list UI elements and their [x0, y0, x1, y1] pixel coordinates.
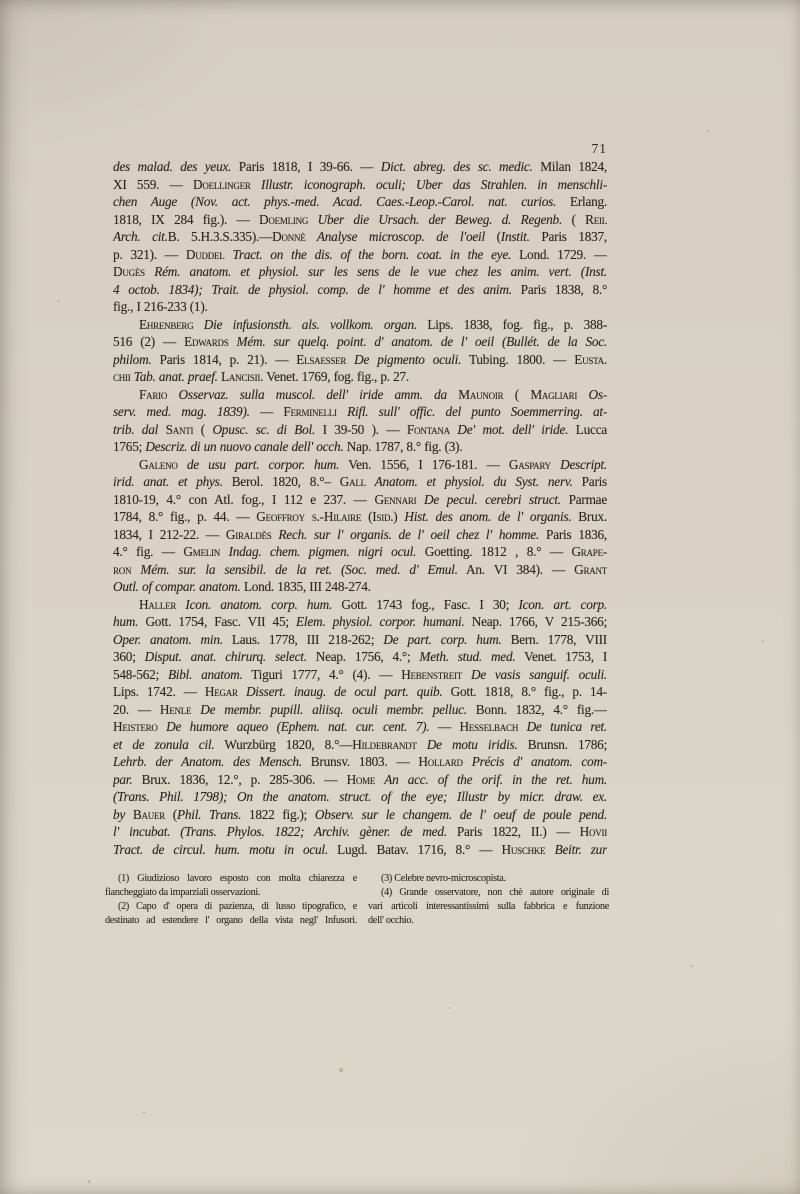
text-line: Lips. 1742. — Hegar Dissert. inaug. de o… — [113, 683, 607, 701]
title-text: Descript. — [551, 457, 607, 472]
author-name: Grant — [574, 562, 607, 577]
plain-text: destinato ad estendere l' organo della v… — [105, 915, 357, 926]
author-name: Ferminelli — [283, 404, 336, 419]
plain-text: Nap. 1787, 8.° fig. (3). — [343, 439, 462, 454]
author-name: Ehrenberg — [139, 317, 193, 332]
text-line: Ehrenberg Die infusionsth. als. vollkom.… — [113, 316, 607, 334]
plain-text: Lugd. Batav. 1716, 8.° — — [328, 842, 502, 857]
title-text: philom. — [113, 352, 152, 367]
title-text: Uber die Ursach. der Beweg. d. Regenb. — [308, 212, 562, 227]
title-text: De humore aqueo (Ephem. nat. cur. cent. … — [158, 719, 430, 734]
plain-text: 1784, 8.° fig., p. 44. — — [113, 509, 256, 524]
title-text: De pigmento oculi. — [346, 352, 461, 367]
author-name: Duddel — [186, 247, 225, 262]
paper-speck — [448, 1007, 450, 1009]
title-text: Anatom. et physiol. du Syst. nerv. — [366, 474, 573, 489]
title-text: Oper. anatom. min. — [113, 632, 223, 647]
plain-text: 516 (2) — — [113, 334, 184, 349]
title-text: Analyse microscop. de l'oeil — [306, 229, 485, 244]
paper-speck — [707, 130, 709, 132]
text-line: (Trans. Phil. 1798); On the anatom. stru… — [113, 788, 607, 806]
plain-text: Neap. 1756, 4.°; — [307, 649, 420, 664]
plain-text: Brunsv. 1803. — — [302, 754, 419, 769]
plain-text: Paris 1814, p. 21). — — [152, 352, 297, 367]
title-text: Descriz. di un nuovo canale dell' occh. — [145, 439, 343, 454]
paper-speck — [58, 300, 60, 302]
text-line: by Bauer (Phil. Trans. 1822 fig.); Obser… — [113, 806, 607, 824]
plain-text: Gott. 1818, 8.° fig., p. 14- — [443, 684, 608, 699]
text-line: 4 octob. 1834); Trait. de physiol. comp.… — [113, 281, 607, 299]
plain-text: Bonn. 1832, 4.° fig.— — [467, 702, 607, 717]
title-text: Os- — [577, 387, 607, 402]
bibliography-text-block: des malad. des yeux. Paris 1818, I 39-66… — [113, 158, 607, 858]
author-name: Giraldès — [226, 527, 272, 542]
plain-text: 360; — [113, 649, 145, 664]
plain-text: Lips. 1742. — — [113, 684, 205, 699]
text-line: fig., I 216-233 (1). — [113, 298, 607, 316]
text-line: et de zonula cil. Wurzbürg 1820, 8.°—Hil… — [113, 736, 607, 754]
plain-text: ( — [562, 212, 585, 227]
plain-text: Laus. 1778, III 218-262; — [223, 632, 384, 647]
text-line: vari articoli interessantissimi sulla fa… — [368, 900, 609, 914]
title-text: Rech. sur l' organis. de l' oeil chez l'… — [271, 527, 539, 542]
title-text: des malad. des yeux. — [113, 159, 231, 174]
text-line: dell' occhio. — [368, 914, 609, 928]
title-text: De membr. pupill. aliisq. oculi membr. p… — [191, 702, 467, 717]
author-name: Doemling — [259, 212, 308, 227]
title-text: De vasis sanguif. oculi. — [462, 667, 607, 682]
title-text: Rém. anatom. et physiol. sur les sens de… — [145, 264, 607, 279]
plain-text: Paris 1837, — [530, 229, 607, 244]
plain-text: Venet. 1769, fog. fig., p. 27. — [263, 369, 409, 384]
plain-text: 1834, I 212-22. — — [113, 527, 226, 542]
title-text: Elem. physiol. corpor. humani. — [296, 614, 465, 629]
paper-speck — [762, 640, 764, 642]
title-text: Phil. Trans. — [177, 807, 241, 822]
plain-text — [125, 807, 133, 822]
author-name: Hegar — [205, 684, 238, 699]
author-name: Henle — [160, 702, 191, 717]
text-line: Oper. anatom. min. Laus. 1778, III 218-2… — [113, 631, 607, 649]
author-name: Hesselbach — [459, 719, 518, 734]
author-name: ron — [113, 562, 131, 577]
author-name: Gmelin — [183, 544, 220, 559]
author-name: Fario — [139, 387, 167, 402]
text-line: Tract. de circul. hum. motu in ocul. Lug… — [113, 841, 607, 859]
author-name: Dugès — [113, 264, 145, 279]
text-line: Galeno de usu part. corpor. hum. Ven. 15… — [113, 456, 607, 474]
title-text: Disput. anat. chirurq. select. — [145, 649, 307, 664]
plain-text: Lucca — [568, 422, 607, 437]
plain-text: Lond. 1729. — — [511, 247, 607, 262]
plain-text: Gott. 1754, Fasc. VII 45; — [138, 614, 296, 629]
plain-text: 1765; — [113, 439, 145, 454]
title-text: Tract. on the dis. of the born. coat. in… — [225, 247, 512, 262]
title-text: Rifl. sull' offic. del punto Soemmerring… — [337, 404, 607, 419]
plain-text: Brux. — [571, 509, 607, 524]
author-name: Eusta. — [574, 352, 607, 367]
title-text: Opusc. sc. di Bol. — [212, 422, 315, 437]
paper-speck — [690, 965, 693, 967]
plain-text: (4) Grande osservatore, non chè autore o… — [381, 887, 609, 898]
title-text: Hist. des anom. de l' organis. — [397, 509, 571, 524]
author-name: chii — [113, 369, 131, 384]
text-line: 1810-19, 4.° con Atl. fog., I 112 e 237.… — [113, 491, 607, 509]
plain-text: Erlang. — [556, 194, 607, 209]
plain-text: Lips. 1838, fog. fig., p. 388- — [417, 317, 607, 332]
plain-text: Brunsn. 1786; — [518, 737, 607, 752]
text-line: 1784, 8.° fig., p. 44. — Geoffroy s.-Hil… — [113, 508, 607, 526]
title-text: Osservaz. sulla muscol. dell' iride amm.… — [167, 387, 447, 402]
plain-text: ( — [193, 422, 212, 437]
plain-text: Lond. 1835, III 248-274. — [241, 579, 371, 594]
author-name: Magliari — [530, 387, 577, 402]
plain-text — [158, 422, 166, 437]
author-name: Reil — [585, 212, 607, 227]
text-line: (2) Capo d' opera di pazienza, di lusso … — [105, 900, 357, 914]
author-name: Huschke — [502, 842, 546, 857]
title-text: Lehrb. der Anatom. des Mensch. — [113, 754, 302, 769]
text-line: 20. — Henle De membr. pupill. aliisq. oc… — [113, 701, 607, 719]
author-name: Geoffroy s.-Hilaire (Isid.) — [256, 509, 397, 524]
text-line: (4) Grande osservatore, non chè autore o… — [368, 886, 609, 900]
title-text: De motu iridis. — [417, 737, 518, 752]
title-text: Indag. chem. pigmen. nigri ocul. — [220, 544, 416, 559]
plain-text: Berol. 1820, 8.°– — [223, 474, 340, 489]
author-name: Home — [347, 772, 376, 787]
plain-text: p. 321). — — [113, 247, 186, 262]
title-text: Instit. — [501, 229, 530, 244]
author-name: Donnè — [272, 229, 305, 244]
title-text: Illustr. iconograph. oculi; Uber das Str… — [251, 177, 607, 192]
plain-text: B. 5.H.3.S.335).— — [168, 229, 272, 244]
plain-text: ( — [503, 387, 530, 402]
plain-text: Tiguri 1777, 4.° (4). — — [243, 667, 402, 682]
text-line: Haller Icon. anatom. corp. hum. Gott. 17… — [113, 596, 607, 614]
plain-text: dell' occhio. — [368, 915, 413, 926]
title-text: par. — [113, 772, 132, 787]
author-name: Hildebrandt — [352, 737, 416, 752]
text-line: philom. Paris 1814, p. 21). — Elsaesser … — [113, 351, 607, 369]
author-name: Grape- — [571, 544, 607, 559]
plain-text: 1810-19, 4.° con Atl. fog., I 112 e 237.… — [113, 492, 374, 507]
author-name: Elsaesser — [296, 352, 346, 367]
plain-text: vari articoli interessantissimi sulla fa… — [368, 901, 609, 912]
title-text: Dissert. inaug. de ocul part. quib. — [238, 684, 443, 699]
author-name: Maunoir — [458, 387, 503, 402]
plain-text: Bern. 1778, VIII — [502, 632, 607, 647]
text-line: 1834, I 212-22. — Giraldès Rech. sur l' … — [113, 526, 607, 544]
title-text: Outl. of compar. anatom. — [113, 579, 241, 594]
title-text: De tunica ret. — [518, 719, 607, 734]
text-line: Arch. cit.B. 5.H.3.S.335).—Donnè Analyse… — [113, 228, 607, 246]
text-line: par. Brux. 1836, 12.°, p. 285-306. — Hom… — [113, 771, 607, 789]
plain-text: ( — [165, 807, 177, 822]
text-line: 4.° fig. — Gmelin Indag. chem. pigmen. n… — [113, 543, 607, 561]
title-text: Précis d' anatom. com- — [463, 754, 607, 769]
text-line: 516 (2) — Edwards Mém. sur quelq. point.… — [113, 333, 607, 351]
plain-text — [447, 387, 458, 402]
title-text: 4 octob. 1834); Trait. de physiol. comp.… — [113, 282, 512, 297]
plain-text: 1818, IX 284 fig.). — — [113, 212, 259, 227]
plain-text: Parmae — [561, 492, 607, 507]
author-name: Haller — [139, 597, 176, 612]
title-text: Observ. sur le changem. de l' oeuf de po… — [315, 807, 607, 822]
plain-text: ( — [485, 229, 501, 244]
footnote-column-right: (3) Celebre nevro-microscopista.(4) Gran… — [368, 872, 609, 928]
text-line: serv. med. mag. 1839). — Ferminelli Rifl… — [113, 403, 607, 421]
plain-text: (3) Celebre nevro-microscopista. — [381, 873, 506, 884]
text-line: 1818, IX 284 fig.). — Doemling Uber die … — [113, 211, 607, 229]
author-name: Heistero — [113, 719, 158, 734]
plain-text: I 39-50 ). — — [315, 422, 407, 437]
title-text: irid. anat. et phys. — [113, 474, 223, 489]
author-name: Gaspary — [509, 457, 551, 472]
text-line: hum. Gott. 1754, Fasc. VII 45; Elem. phy… — [113, 613, 607, 631]
text-line: 360; Disput. anat. chirurq. select. Neap… — [113, 648, 607, 666]
title-text: by — [113, 807, 125, 822]
title-text: Mém. sur. la sensibil. de la ret. (Soc. … — [131, 562, 457, 577]
title-text: de usu part. corpor. hum. — [178, 457, 340, 472]
title-text: et de zonula cil. — [113, 737, 214, 752]
title-text: An acc. of the orif. in the ret. hum. — [375, 772, 607, 787]
text-line: Outl. of compar. anatom. Lond. 1835, III… — [113, 578, 607, 596]
plain-text: — — [429, 719, 459, 734]
plain-text: Milan 1824, — [533, 159, 607, 174]
text-line: (3) Celebre nevro-microscopista. — [368, 872, 609, 886]
title-text: hum. — [113, 614, 138, 629]
plain-text: Wurzbürg 1820, 8.°— — [214, 737, 352, 752]
author-name: Doellinger — [193, 177, 251, 192]
plain-text: 1822 fig.); — [241, 807, 315, 822]
text-line: ron Mém. sur. la sensibil. de la ret. (S… — [113, 561, 607, 579]
plain-text: Paris 1822, II.) — — [447, 824, 580, 839]
title-text: De pecul. cerebri struct. — [416, 492, 561, 507]
plain-text: Paris 1818, I 39-66. — — [231, 159, 381, 174]
title-text: De part. corp. hum. — [383, 632, 501, 647]
plain-text: Paris — [573, 474, 607, 489]
text-line: 1765; Descriz. di un nuovo canale dell' … — [113, 438, 607, 456]
title-text: Beitr. zur — [545, 842, 607, 857]
plain-text: Neap. 1766, V 215-366; — [465, 614, 607, 629]
plain-text: Brux. 1836, 12.°, p. 285-306. — — [132, 772, 346, 787]
text-line: (1) Giudizioso lavoro esposto con molta … — [105, 872, 357, 886]
plain-text: (2) Capo d' opera di pazienza, di lusso … — [118, 901, 357, 912]
text-line: Fario Osservaz. sulla muscol. dell' irid… — [113, 386, 607, 404]
plain-text: Paris 1838, 8.° — [512, 282, 607, 297]
author-name: Gennari — [374, 492, 416, 507]
plain-text: (1) Giudizioso lavoro esposto con molta … — [118, 873, 357, 884]
text-line: trib. dal Santi ( Opusc. sc. di Bol. I 3… — [113, 421, 607, 439]
plain-text: An. VI 384). — — [458, 562, 574, 577]
text-line: chii Tab. anat. praef. Lancisii. Venet. … — [113, 368, 607, 386]
title-text: Bibl. anatom. — [168, 667, 243, 682]
title-text: serv. med. mag. 1839). — [113, 404, 250, 419]
paper-speck — [88, 1180, 90, 1183]
title-text: Tract. de circul. hum. motu in ocul. — [113, 842, 328, 857]
plain-text: 20. — — [113, 702, 160, 717]
scanned-book-page: 71 des malad. des yeux. Paris 1818, I 39… — [0, 0, 800, 1194]
text-line: fiancheggiato da imparziali osservazioni… — [105, 886, 357, 900]
plain-text: 4.° fig. — — [113, 544, 183, 559]
text-line: Lehrb. der Anatom. des Mensch. Brunsv. 1… — [113, 753, 607, 771]
title-text: trib. dal — [113, 422, 158, 437]
author-name: Hovii — [580, 824, 607, 839]
footnote-column-left: (1) Giudizioso lavoro esposto con molta … — [105, 872, 357, 928]
text-line: Dugès Rém. anatom. et physiol. sur les s… — [113, 263, 607, 281]
author-name: Lancisii. — [221, 369, 263, 384]
plain-text: fiancheggiato da imparziali osservazioni… — [105, 887, 260, 898]
plain-text: Venet. 1753, I — [515, 649, 607, 664]
plain-text: fig., I 216-233 (1). — [113, 299, 208, 314]
title-text: Meth. stud. med. — [419, 649, 515, 664]
title-text: Icon. art. corp. — [518, 597, 607, 612]
plain-text: Gott. 1743 fog., Fasc. I 30; — [332, 597, 518, 612]
title-text: chen Auge (Nov. act. phys.-med. Acad. Ca… — [113, 194, 556, 209]
text-line: des malad. des yeux. Paris 1818, I 39-66… — [113, 158, 607, 176]
text-line: 548-562; Bibl. anatom. Tiguri 1777, 4.° … — [113, 666, 607, 684]
plain-text: Goetting. 1812 , 8.° — — [416, 544, 571, 559]
title-text: Die infusionsth. als. vollkom. organ. — [193, 317, 417, 332]
author-name: Edwards — [184, 334, 228, 349]
title-text: Tab. anat. praef. — [131, 369, 218, 384]
author-name: Fontana — [407, 422, 450, 437]
plain-text: Paris 1836, — [539, 527, 607, 542]
author-name: Hollard — [418, 754, 462, 769]
title-text: Mém. sur quelq. point. d' anatom. de l' … — [228, 334, 607, 349]
author-name: Galeno — [139, 457, 178, 472]
plain-text: Ven. 1556, I 176-181. — — [339, 457, 509, 472]
text-line: XI 559. — Doellinger Illustr. iconograph… — [113, 176, 607, 194]
plain-text: XI 559. — — [113, 177, 193, 192]
title-text: l' incubat. (Trans. Phylos. 1822; Archiv… — [113, 824, 447, 839]
text-line: destinato ad estendere l' organo della v… — [105, 914, 357, 928]
title-text: Icon. anatom. corp. hum. — [176, 597, 332, 612]
paper-speck — [143, 1112, 145, 1114]
text-line: chen Auge (Nov. act. phys.-med. Acad. Ca… — [113, 193, 607, 211]
paper-speck — [339, 1068, 343, 1072]
text-line: l' incubat. (Trans. Phylos. 1822; Archiv… — [113, 823, 607, 841]
text-line: Heistero De humore aqueo (Ephem. nat. cu… — [113, 718, 607, 736]
plain-text: 548-562; — [113, 667, 168, 682]
author-name: Gall — [340, 474, 366, 489]
page-number: 71 — [500, 141, 607, 157]
text-line: p. 321). — Duddel Tract. on the dis. of … — [113, 246, 607, 264]
title-text: Dict. abreg. des sc. medic. — [381, 159, 533, 174]
text-line: irid. anat. et phys. Berol. 1820, 8.°– G… — [113, 473, 607, 491]
author-name: Bauer — [133, 807, 165, 822]
title-text: Arch. cit. — [113, 229, 168, 244]
title-text: De' mot. dell' iride. — [450, 422, 568, 437]
title-text: (Trans. Phil. 1798); On the anatom. stru… — [113, 789, 607, 804]
author-name: Hebenstreit — [401, 667, 462, 682]
plain-text: Tubing. 1800. — — [461, 352, 574, 367]
plain-text: — — [250, 404, 284, 419]
author-name: Santi — [166, 422, 194, 437]
